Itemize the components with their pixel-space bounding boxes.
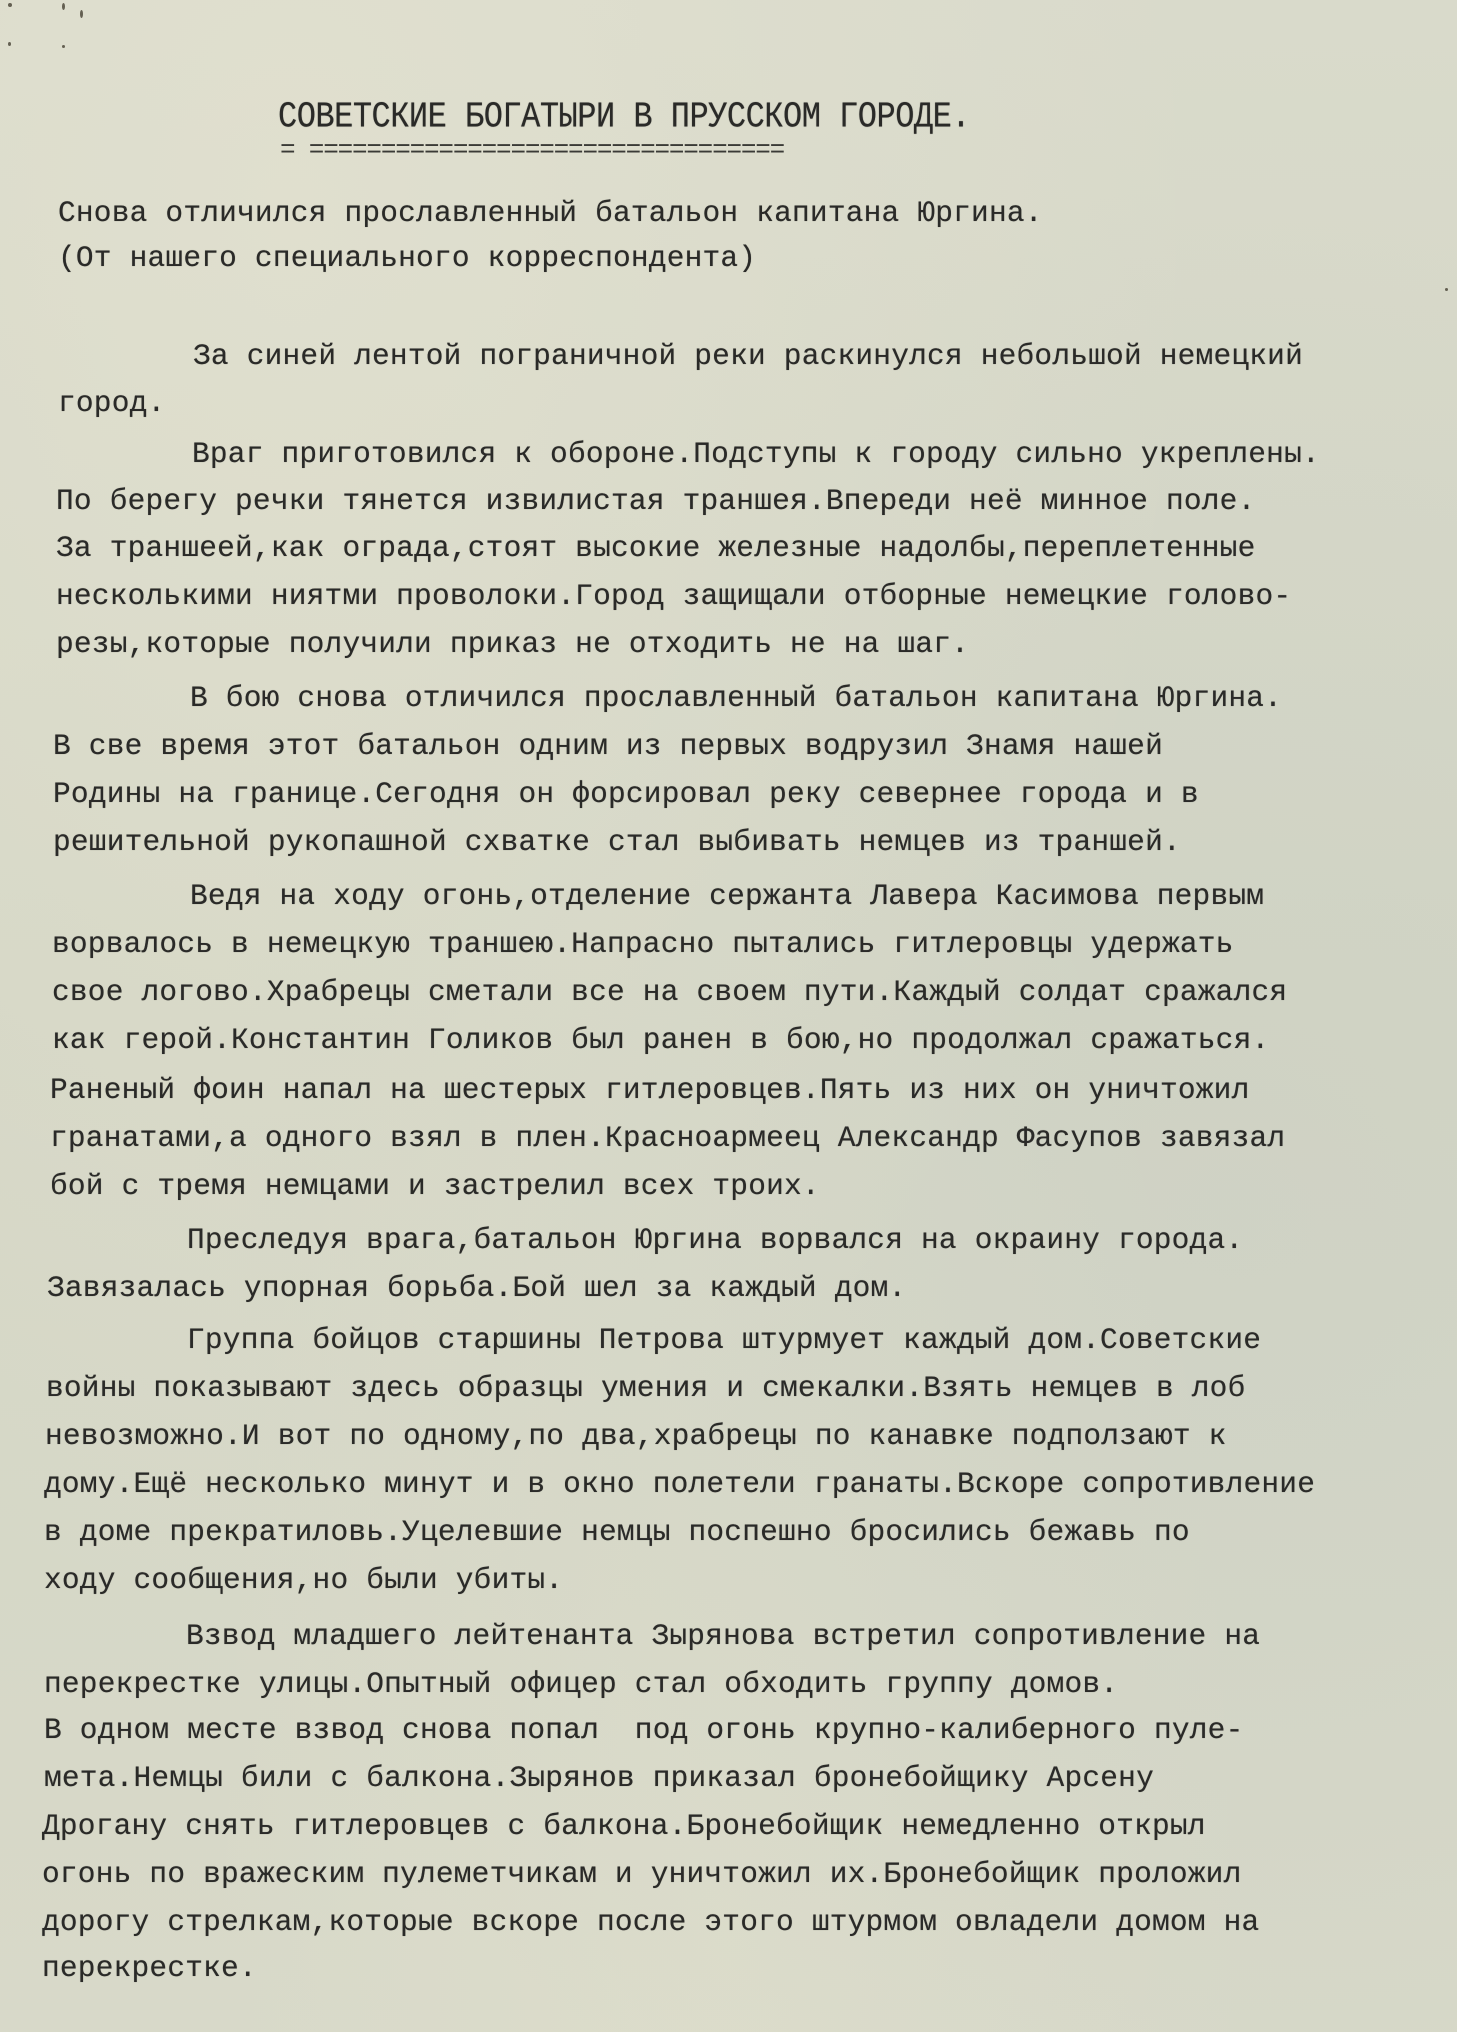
body-line: ворвалось в немецкую траншею.Напрасно пы… (52, 926, 1234, 962)
body-line: невозможно.И вот по одному,по два,храбре… (45, 1418, 1227, 1454)
body-line: По берегу речки тянется извилистая транш… (56, 483, 1256, 519)
body-line: перекрестке улицы.Опытный офицер стал об… (44, 1666, 1118, 1702)
body-line: Группа бойцов старшины Петрова штурмует … (187, 1322, 1261, 1358)
body-line: перекрестке. (42, 1950, 257, 1986)
paper-speck (1445, 288, 1448, 291)
body-line: Завязалась упорная борьба.Бой шел за каж… (47, 1270, 906, 1306)
body-line: Родины на границе.Сегодня он форсировал … (53, 776, 1199, 812)
article-subtitle: Снова отличился прославленный батальон к… (58, 195, 1043, 231)
body-line: дорогу стрелкам,которые вскоре после это… (42, 1904, 1259, 1940)
body-line: бой с тремя немцами и застрелил всех тро… (50, 1168, 820, 1204)
body-line: несколькими ниятми проволоки.Город защищ… (56, 578, 1291, 614)
body-line: войны показывают здесь образцы умения и … (46, 1370, 1246, 1406)
body-line: огонь по вражеским пулеметчикам и уничто… (42, 1856, 1242, 1892)
paper-speck (62, 45, 65, 48)
article-byline: (От нашего специального корреспондента) (58, 240, 756, 276)
body-line: В све время этот батальон одним из первы… (53, 728, 1163, 764)
body-line: За траншеей,как ограда,стоят высокие жел… (56, 530, 1256, 566)
body-line: Дрогану снять гитлеровцев с балкона.Брон… (42, 1808, 1206, 1844)
article-title: СОВЕТСКИЕ БОГАТЫРИ В ПРУССКОМ ГОРОДЕ. (278, 95, 970, 140)
body-line: свое логово.Храбрецы сметали все на свое… (52, 974, 1287, 1010)
paper-speck (8, 42, 11, 46)
body-line: Взвод младшего лейтенанта Зырянова встре… (186, 1618, 1260, 1654)
body-line: В одном месте взвод снова попал под огон… (44, 1712, 1244, 1748)
body-line: мета.Немцы били с балкона.Зырянов приказ… (44, 1760, 1154, 1796)
body-line: Враг приготовился к обороне.Подступы к г… (192, 436, 1320, 472)
body-line: Раненый фоин напал на шестерых гитлеровц… (50, 1072, 1250, 1108)
body-line: дому.Ещё несколько минут и в окно полете… (44, 1466, 1315, 1502)
body-line: резы,которые получили приказ не отходить… (56, 626, 969, 662)
typewritten-page: СОВЕТСКИЕ БОГАТЫРИ В ПРУССКОМ ГОРОДЕ. = … (0, 0, 1457, 2032)
title-underline: = ================================= (280, 135, 784, 165)
body-line: в доме прекратиловь.Уцелевшие немцы посп… (44, 1514, 1190, 1550)
body-line: За синей лентой пограничной реки раскину… (193, 338, 1303, 374)
body-line: Преследуя врага,батальон Юргина ворвался… (187, 1222, 1243, 1258)
body-line: В бою снова отличился прославленный бата… (190, 680, 1282, 716)
paper-speck (62, 3, 65, 10)
body-line: как герой.Константин Голиков был ранен в… (52, 1022, 1269, 1058)
paper-speck (80, 10, 83, 18)
body-line: город. (58, 385, 165, 421)
body-line: решительной рукопашной схватке стал выби… (53, 824, 1181, 860)
body-line: ходу сообщения,но были убиты. (44, 1562, 563, 1598)
paper-speck (8, 3, 12, 7)
body-line: Ведя на ходу огонь,отделение сержанта Ла… (190, 878, 1264, 914)
body-line: гранатами,а одного взял в плен.Красноарм… (50, 1120, 1285, 1156)
